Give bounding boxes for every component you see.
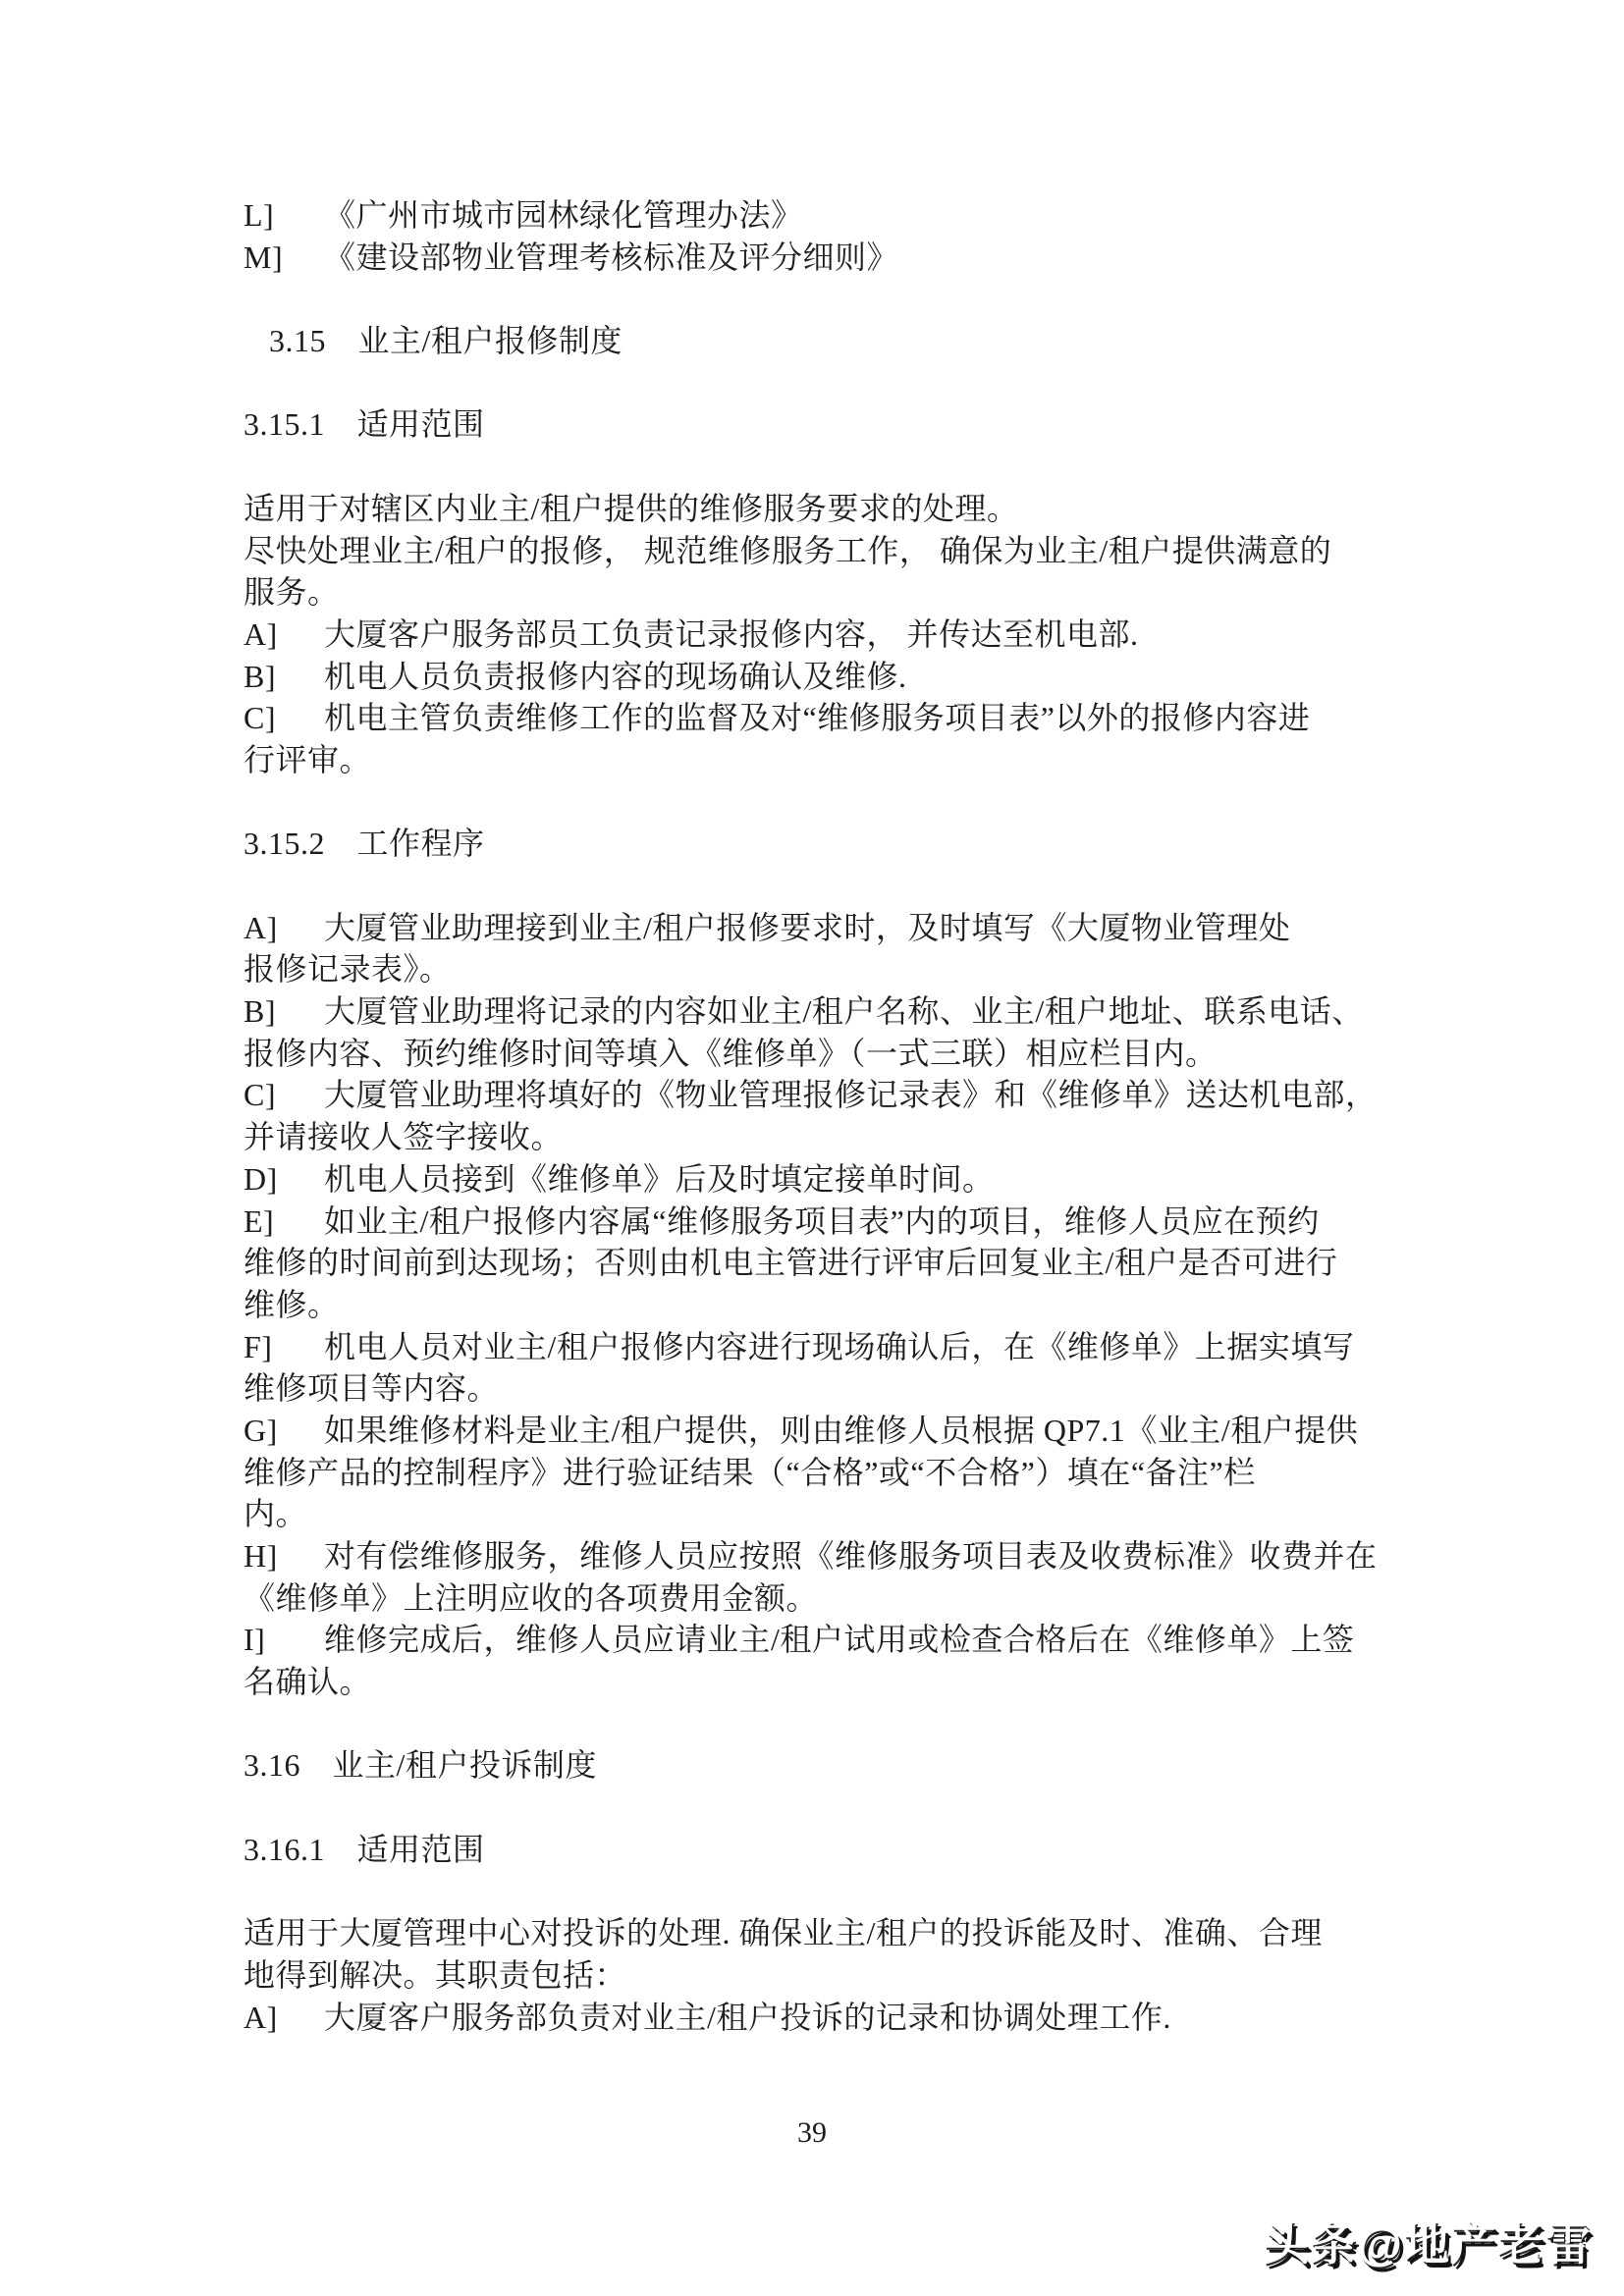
line-text: 机电人员对业主/租户报修内容进行现场确认后，在《维修单》上据实填写: [324, 1329, 1354, 1364]
watermark: 头条@地产老雷: [1264, 2209, 1593, 2273]
line-text: 大厦管业助理接到业主/租户报修要求时，及时填写《大厦物业管理处: [324, 910, 1290, 945]
document-body: L]《广州市城市园林绿化管理办法》M]《建设部物业管理考核标准及评分细则》3.1…: [244, 194, 1451, 2038]
text-line: 尽快处理业主/租户的报修， 规范维修服务工作， 确保为业主/租户提供满意的: [244, 530, 1451, 572]
line-text: 大厦客户服务部员工负责记录报修内容， 并传达至机电部.: [324, 616, 1139, 652]
line-text: 《维修单》上注明应收的各项费用金额。: [244, 1580, 818, 1616]
text-line: I]维修完成后，维修人员应请业主/租户试用或检查合格后在《维修单》上签: [244, 1619, 1451, 1661]
text-line: 3.16 业主/租户投诉制度: [244, 1744, 1451, 1787]
line-label: M]: [244, 237, 324, 279]
line-text: 维修的时间前到达现场；否则由机电主管进行评审后回复业主/租户是否可进行: [244, 1245, 1337, 1280]
text-line: D]机电人员接到《维修单》后及时填定接单时间。: [244, 1158, 1451, 1201]
text-line: 报修内容、预约维修时间等填入《维修单》（一式三联）相应栏目内。: [244, 1033, 1451, 1075]
text-line: A]大厦客户服务部员工负责记录报修内容， 并传达至机电部.: [244, 614, 1451, 656]
line-label: F]: [244, 1326, 324, 1368]
blank-line: [244, 1703, 1451, 1745]
text-line: B]机电人员负责报修内容的现场确认及维修.: [244, 656, 1451, 698]
line-label: B]: [244, 990, 324, 1033]
text-line: 适用于大厦管理中心对投诉的处理. 确保业主/租户的投诉能及时、准确、合理: [244, 1912, 1451, 1954]
text-line: 地得到解决。其职责包括：: [244, 1954, 1451, 1997]
line-text: 报修记录表》。: [244, 951, 452, 987]
text-line: 维修。: [244, 1284, 1451, 1326]
line-text: 维修产品的控制程序》进行验证结果（“合格”或“不合格”）填在“备注”栏: [244, 1455, 1256, 1490]
text-line: A]大厦客户服务部负责对业主/租户投诉的记录和协调处理工作.: [244, 1997, 1451, 2039]
blank-line: [244, 865, 1451, 907]
text-line: 名确认。: [244, 1661, 1451, 1703]
line-text: 内。: [244, 1496, 307, 1531]
line-text: 维修项目等内容。: [244, 1370, 499, 1406]
text-line: 3.16.1 适用范围: [244, 1829, 1451, 1871]
line-text: 维修。: [244, 1287, 340, 1322]
text-line: 维修的时间前到达现场；否则由机电主管进行评审后回复业主/租户是否可进行: [244, 1242, 1451, 1284]
text-line: M]《建设部物业管理考核标准及评分细则》: [244, 237, 1451, 279]
text-line: 《维修单》上注明应收的各项费用金额。: [244, 1577, 1451, 1620]
text-line: E]如业主/租户报修内容属“维修服务项目表”内的项目，维修人员应在预约: [244, 1201, 1451, 1243]
text-line: L]《广州市城市园林绿化管理办法》: [244, 194, 1451, 237]
line-text: 名确认。: [244, 1664, 371, 1699]
line-text: 如业主/租户报修内容属“维修服务项目表”内的项目，维修人员应在预约: [324, 1203, 1320, 1239]
text-line: 并请接收人签字接收。: [244, 1116, 1451, 1158]
text-line: B]大厦管业助理将记录的内容如业主/租户名称、业主/租户地址、联系电话、: [244, 990, 1451, 1033]
line-text: 对有偿维修服务，维修人员应按照《维修服务项目表及收费标准》收费并在: [324, 1538, 1378, 1574]
line-label: E]: [244, 1201, 324, 1243]
line-text: 地得到解决。其职责包括：: [244, 1957, 626, 1993]
blank-line: [244, 362, 1451, 404]
text-line: 服务。: [244, 571, 1451, 614]
line-label: H]: [244, 1535, 324, 1577]
line-label: A]: [244, 614, 324, 656]
text-line: 行评审。: [244, 739, 1451, 781]
line-label: G]: [244, 1410, 324, 1452]
line-text: 《广州市城市园林绿化管理办法》: [324, 197, 803, 233]
text-line: C]机电主管负责维修工作的监督及对“维修服务项目表”以外的报修内容进: [244, 697, 1451, 739]
line-text: 并请接收人签字接收。: [244, 1119, 563, 1154]
blank-line: [244, 278, 1451, 320]
line-text: 报修内容、预约维修时间等填入《维修单》（一式三联）相应栏目内。: [244, 1036, 1218, 1071]
line-text: 维修完成后，维修人员应请业主/租户试用或检查合格后在《维修单》上签: [324, 1622, 1354, 1657]
text-line: 3.15.1 适用范围: [244, 403, 1451, 446]
text-line: 报修记录表》。: [244, 948, 1451, 990]
line-label: L]: [244, 194, 324, 237]
line-text: 3.16.1 适用范围: [244, 1832, 485, 1867]
text-line: 内。: [244, 1493, 1451, 1535]
page-number: 39: [0, 2116, 1624, 2150]
line-text: 大厦管业助理将记录的内容如业主/租户名称、业主/租户地址、联系电话、: [324, 993, 1364, 1029]
line-text: 3.16 业主/租户投诉制度: [244, 1747, 597, 1783]
line-text: 3.15.2 工作程序: [244, 826, 485, 861]
blank-line: [244, 446, 1451, 488]
blank-line: [244, 1787, 1451, 1829]
line-label: A]: [244, 1997, 324, 2039]
text-line: 维修项目等内容。: [244, 1367, 1451, 1410]
blank-line: [244, 781, 1451, 824]
line-text: 机电人员负责报修内容的现场确认及维修.: [324, 659, 907, 694]
blank-line: [244, 1871, 1451, 1913]
line-label: C]: [244, 1074, 324, 1116]
text-line: F]机电人员对业主/租户报修内容进行现场确认后，在《维修单》上据实填写: [244, 1326, 1451, 1368]
line-text: 机电人员接到《维修单》后及时填定接单时间。: [324, 1161, 995, 1197]
line-label: C]: [244, 697, 324, 739]
text-line: 3.15.2 工作程序: [244, 823, 1451, 865]
line-text: 服务。: [244, 574, 340, 610]
line-text: 适用于对辖区内业主/租户提供的维修服务要求的处理。: [244, 491, 1018, 526]
text-line: C]大厦管业助理将填好的《物业管理报修记录表》和《维修单》送达机电部，: [244, 1074, 1451, 1116]
document-page: L]《广州市城市园林绿化管理办法》M]《建设部物业管理考核标准及评分细则》3.1…: [0, 0, 1624, 2296]
line-label: A]: [244, 907, 324, 949]
text-line: 3.15 业主/租户报修制度: [244, 320, 1451, 362]
text-line: A]大厦管业助理接到业主/租户报修要求时，及时填写《大厦物业管理处: [244, 907, 1451, 949]
line-text: 机电主管负责维修工作的监督及对“维修服务项目表”以外的报修内容进: [324, 700, 1310, 735]
line-text: 《建设部物业管理考核标准及评分细则》: [324, 240, 898, 275]
line-text: 尽快处理业主/租户的报修， 规范维修服务工作， 确保为业主/租户提供满意的: [244, 533, 1331, 568]
line-label: D]: [244, 1158, 324, 1201]
line-label: B]: [244, 656, 324, 698]
text-line: 适用于对辖区内业主/租户提供的维修服务要求的处理。: [244, 488, 1451, 530]
text-line: G]如果维修材料是业主/租户提供，则由维修人员根据 QP7.1《业主/租户提供: [244, 1410, 1451, 1452]
line-text: 大厦管业助理将填好的《物业管理报修记录表》和《维修单》送达机电部，: [324, 1077, 1378, 1112]
line-text: 适用于大厦管理中心对投诉的处理. 确保业主/租户的投诉能及时、准确、合理: [244, 1915, 1323, 1950]
text-line: 维修产品的控制程序》进行验证结果（“合格”或“不合格”）填在“备注”栏: [244, 1452, 1451, 1494]
text-line: H]对有偿维修服务，维修人员应按照《维修服务项目表及收费标准》收费并在: [244, 1535, 1451, 1577]
line-text: 大厦客户服务部负责对业主/租户投诉的记录和协调处理工作.: [324, 2000, 1171, 2035]
line-text: 3.15.1 适用范围: [244, 406, 485, 442]
line-text: 3.15 业主/租户报修制度: [269, 323, 623, 358]
line-label: I]: [244, 1619, 324, 1661]
line-text: 行评审。: [244, 742, 371, 777]
line-text: 如果维修材料是业主/租户提供，则由维修人员根据 QP7.1《业主/租户提供: [324, 1413, 1358, 1448]
